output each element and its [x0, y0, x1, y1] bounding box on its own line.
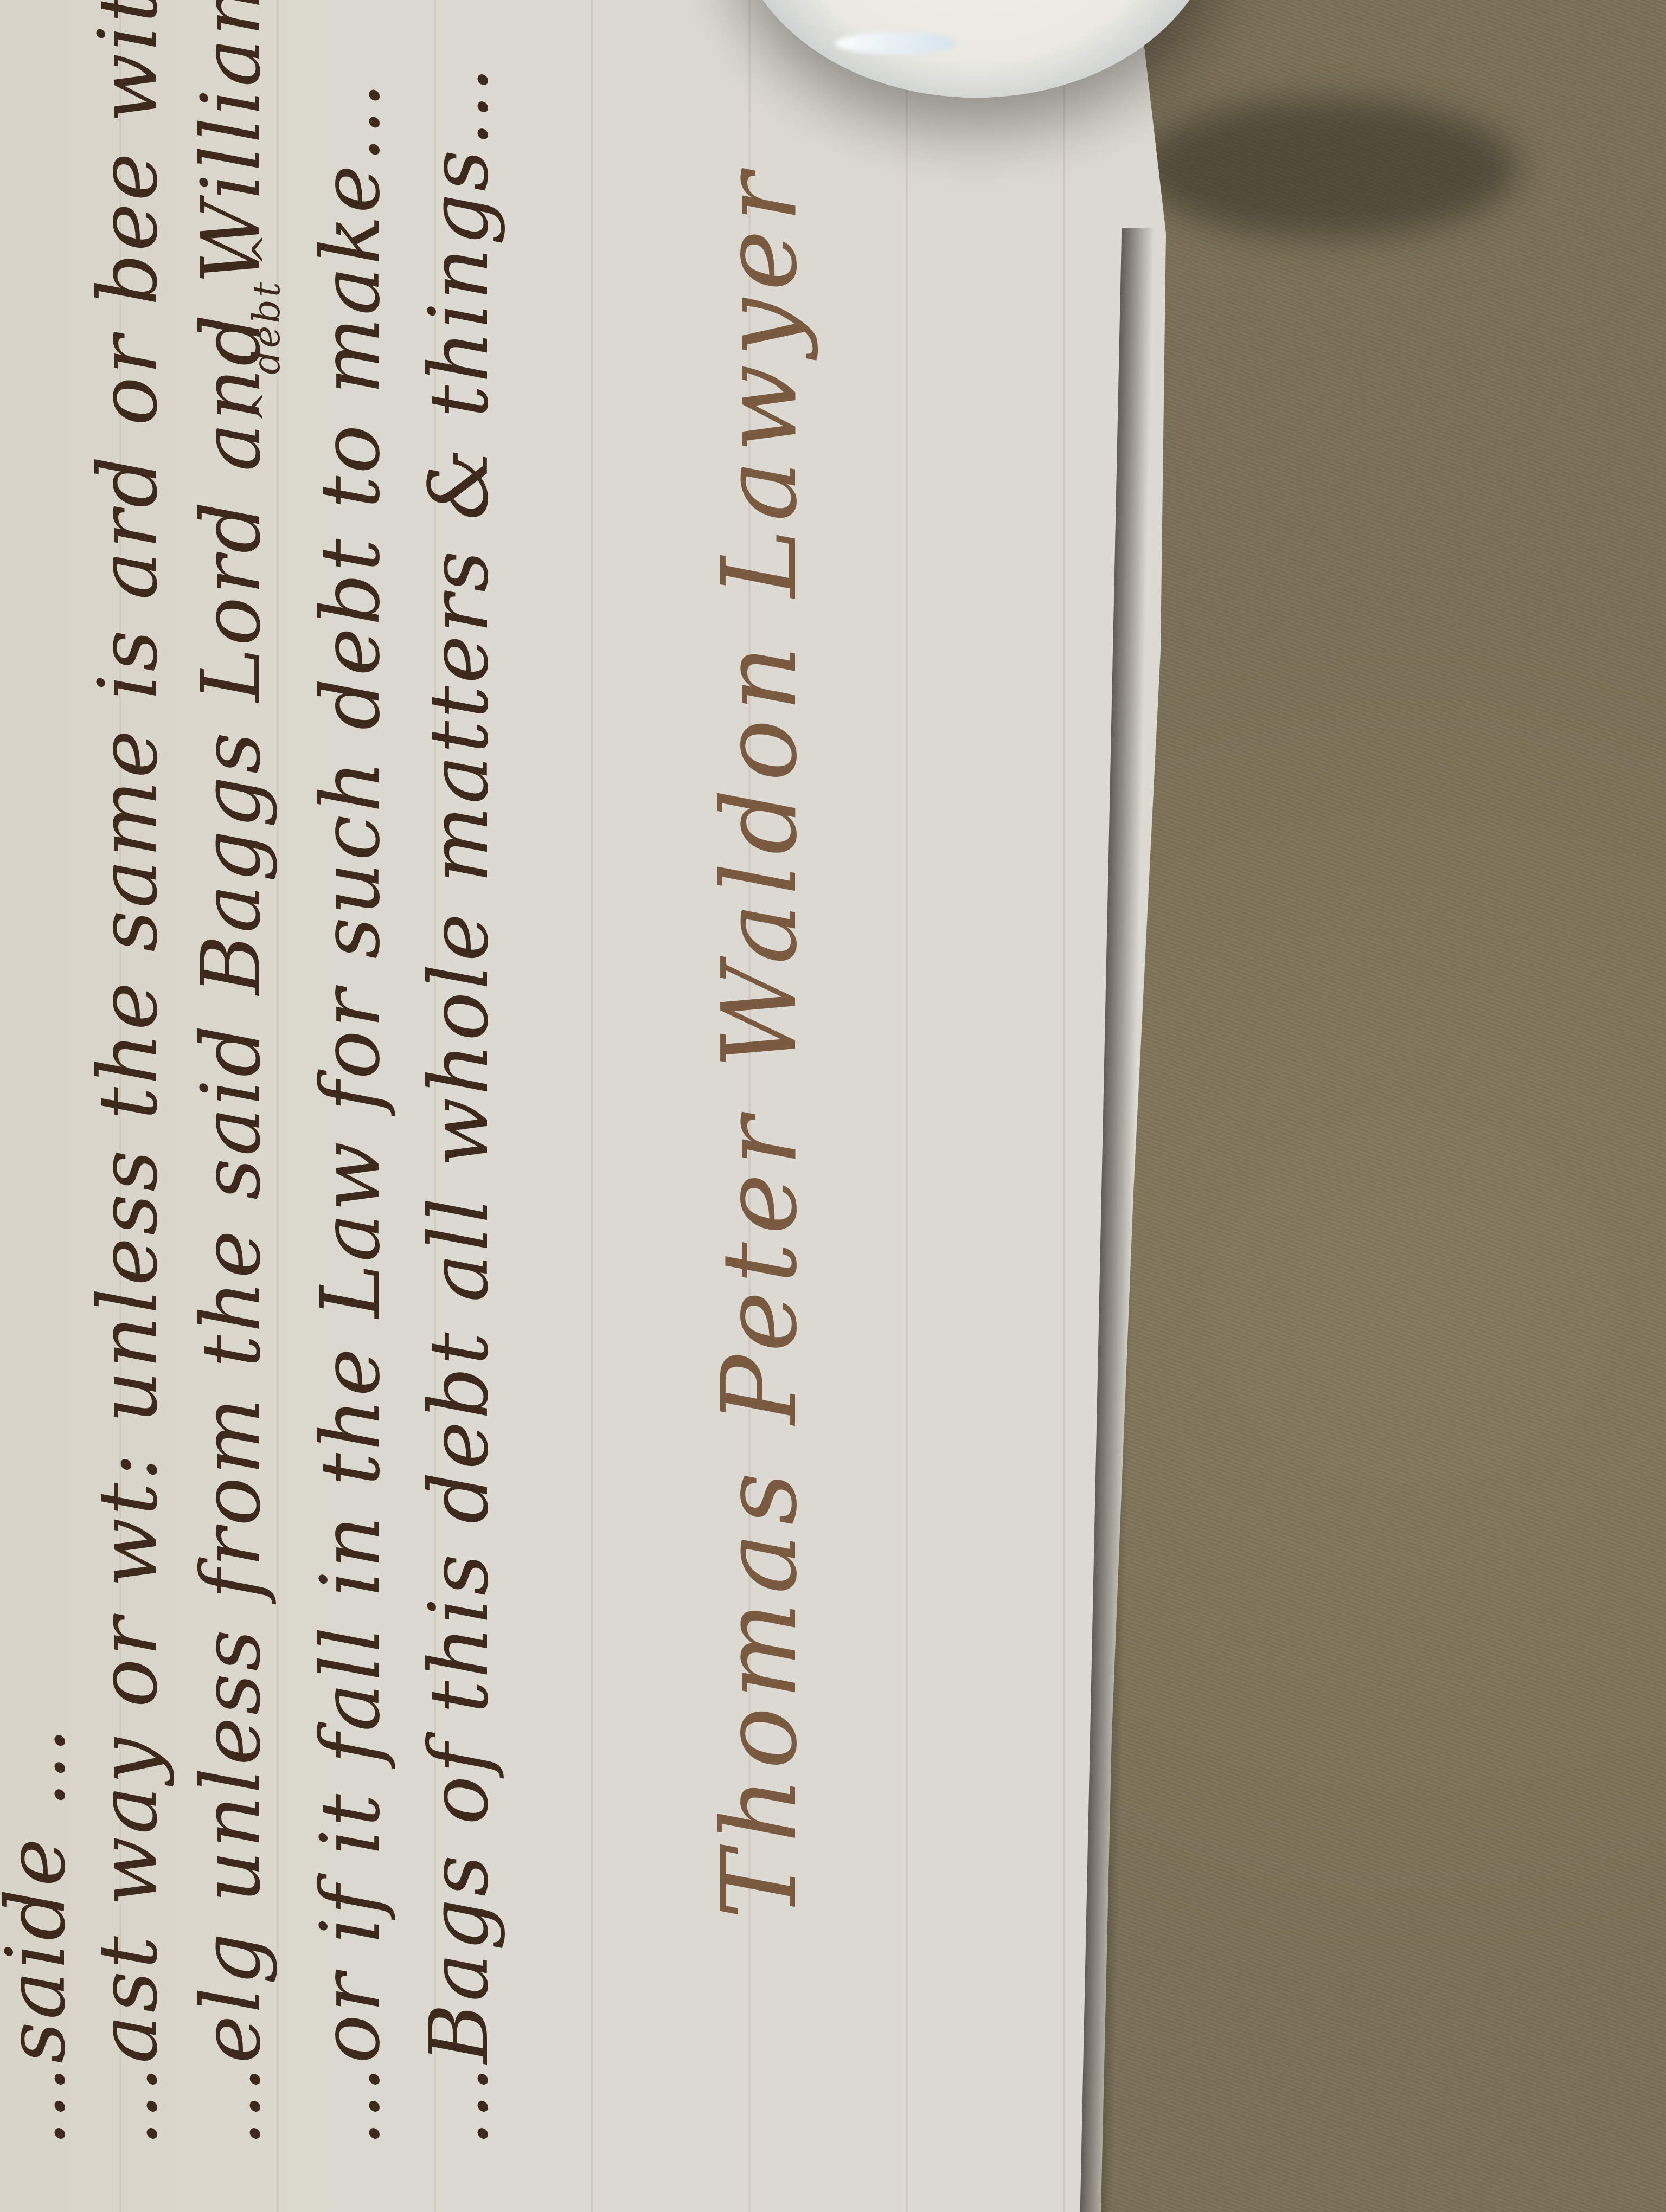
- manuscript-page: …saide … …ast way or wt: unless the same…: [0, 0, 1171, 2212]
- interlinear-note: ^ debt ^: [244, 232, 289, 423]
- signature: Thomas Peter Waldon Lawyer: [700, 165, 819, 1919]
- manuscript-line: …saide …: [0, 1725, 84, 2147]
- glass-reflection: [835, 33, 954, 54]
- manuscript-line: …ast way or wt: unless the same is ard o…: [81, 0, 176, 2147]
- manuscript-line: …or if it fall in the Law for such debt …: [304, 79, 398, 2147]
- manuscript-line: …Bags of this debt all whole matters & t…: [412, 64, 507, 2147]
- manuscript-text-block: …saide … …ast way or wt: unless the same…: [0, 0, 1139, 2212]
- paperweight-shadow: [1139, 98, 1518, 239]
